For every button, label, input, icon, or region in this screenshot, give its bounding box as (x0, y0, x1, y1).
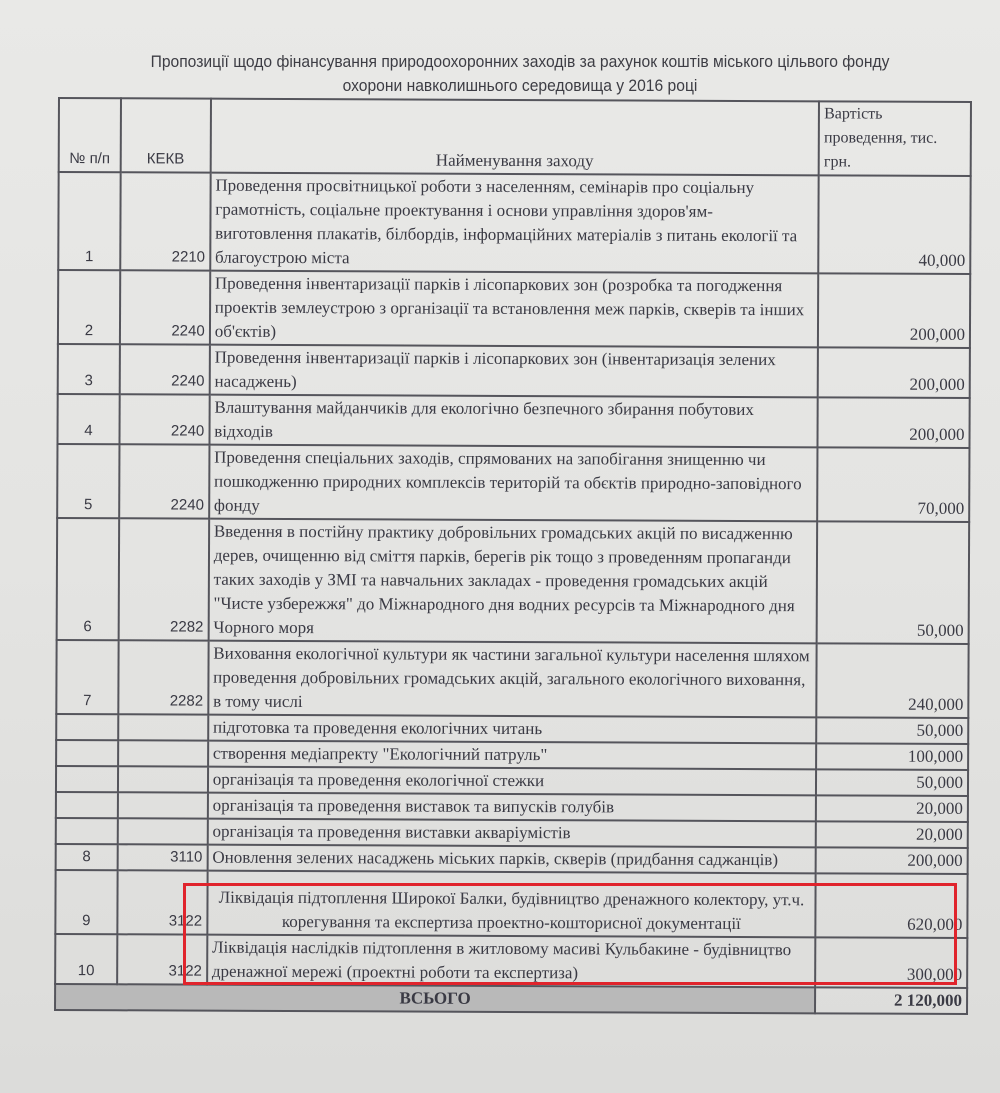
row-kekv: 2240 (120, 270, 210, 344)
title-line-1: Пропозиції щодо фінансування природоохор… (78, 50, 961, 74)
row-kekv: 2282 (118, 640, 208, 714)
row-name: Виховання екологічної культури як частин… (208, 641, 817, 718)
header-no: № п/п (59, 98, 121, 172)
row-no: 6 (57, 518, 119, 640)
table-subrow: створення медіапректу "Екологічний патру… (56, 740, 968, 770)
table-row: 7 2282 Виховання екологічної культури як… (56, 640, 968, 718)
row-cost: 40,000 (818, 175, 970, 274)
total-label: ВСЬОГО (55, 984, 815, 1013)
row-name: Проведення просвітницької роботи з насел… (210, 173, 819, 274)
subrow-cost: 20,000 (816, 821, 968, 848)
row-kekv: 2240 (120, 344, 210, 394)
table-row: 4 2240 Влаштування майданчиків для еколо… (57, 394, 969, 448)
subrow-name: організація та проведення виставок та ви… (208, 793, 817, 822)
row-name: Влаштування майданчиків для екологічно б… (209, 395, 818, 448)
row-no: 3 (58, 344, 120, 394)
funding-table: № п/п КЕКВ Найменування заходу Вартість … (54, 97, 972, 1015)
table-subrow: організація та проведення виставок та ви… (56, 792, 968, 822)
row-cost: 200,000 (816, 847, 968, 874)
subrow-cost: 50,000 (816, 769, 968, 796)
row-cost: 50,000 (817, 521, 969, 644)
subrow-name: організація та проведення екологічної ст… (208, 767, 817, 796)
document-title: Пропозиції щодо фінансування природоохор… (78, 50, 961, 98)
table-row: 8 3110 Оновлення зелених насаджень міськ… (56, 844, 968, 874)
row-kekv: 3110 (118, 844, 208, 870)
table-subrow: організація та проведення виставки аквар… (56, 818, 968, 848)
row-no: 9 (55, 870, 117, 934)
total-row: ВСЬОГО 2 120,000 (55, 984, 967, 1014)
row-kekv: 2210 (120, 172, 210, 270)
table-row: 3 2240 Проведення інвентаризації парків … (58, 344, 970, 398)
row-kekv: 2240 (119, 444, 209, 518)
subrow-name: підготовка та проведення екологічних чит… (208, 715, 817, 744)
subrow-cost: 100,000 (816, 743, 968, 770)
header-kekv: КЕКВ (121, 98, 211, 172)
title-line-2: охорони навколишнього середовища у 2016 … (78, 74, 961, 98)
row-no: 4 (57, 394, 119, 444)
table-header-row: № п/п КЕКВ Найменування заходу Вартість … (59, 98, 971, 176)
subrow-cost: 50,000 (816, 717, 968, 744)
row-no: 7 (56, 640, 118, 714)
subrow-cost: 20,000 (816, 795, 968, 822)
row-no: 1 (58, 172, 120, 270)
row-cost: 240,000 (816, 643, 968, 718)
table-subrow: підготовка та проведення екологічних чит… (56, 714, 968, 744)
row-name: Проведення інвентаризації парків і лісоп… (209, 345, 818, 398)
row-cost: 200,000 (818, 347, 970, 398)
header-cost: Вартість проведення, тис. грн. (819, 101, 971, 176)
row-name: Проведення спеціальних заходів, спрямова… (209, 445, 818, 522)
red-highlight-box (183, 883, 957, 985)
row-name: Проведення інвентаризації парків і лісоп… (210, 271, 819, 348)
total-cost: 2 120,000 (815, 987, 967, 1014)
row-no: 8 (56, 844, 118, 870)
table-row: 5 2240 Проведення спеціальних заходів, с… (57, 444, 969, 522)
row-name: Оновлення зелених насаджень міських парк… (207, 845, 816, 874)
table-row: 6 2282 Введення в постійну практику добр… (57, 518, 970, 644)
subrow-name: створення медіапректу "Екологічний патру… (208, 741, 817, 770)
row-kekv: 2282 (119, 518, 209, 640)
row-no: 5 (57, 444, 119, 518)
table-subrow: організація та проведення екологічної ст… (56, 766, 968, 796)
row-cost: 200,000 (818, 273, 970, 348)
row-kekv: 2240 (119, 394, 209, 444)
row-no: 10 (55, 934, 117, 984)
table-row: 1 2210 Проведення просвітницької роботи … (58, 172, 970, 274)
header-name: Найменування заходу (210, 99, 819, 176)
row-name: Введення в постійну практику добровільни… (208, 519, 817, 644)
subrow-name: організація та проведення виставки аквар… (207, 819, 816, 848)
table-row: 2 2240 Проведення інвентаризації парків … (58, 270, 970, 348)
row-cost: 200,000 (818, 397, 970, 448)
row-no: 2 (58, 270, 120, 344)
row-cost: 70,000 (817, 447, 969, 522)
